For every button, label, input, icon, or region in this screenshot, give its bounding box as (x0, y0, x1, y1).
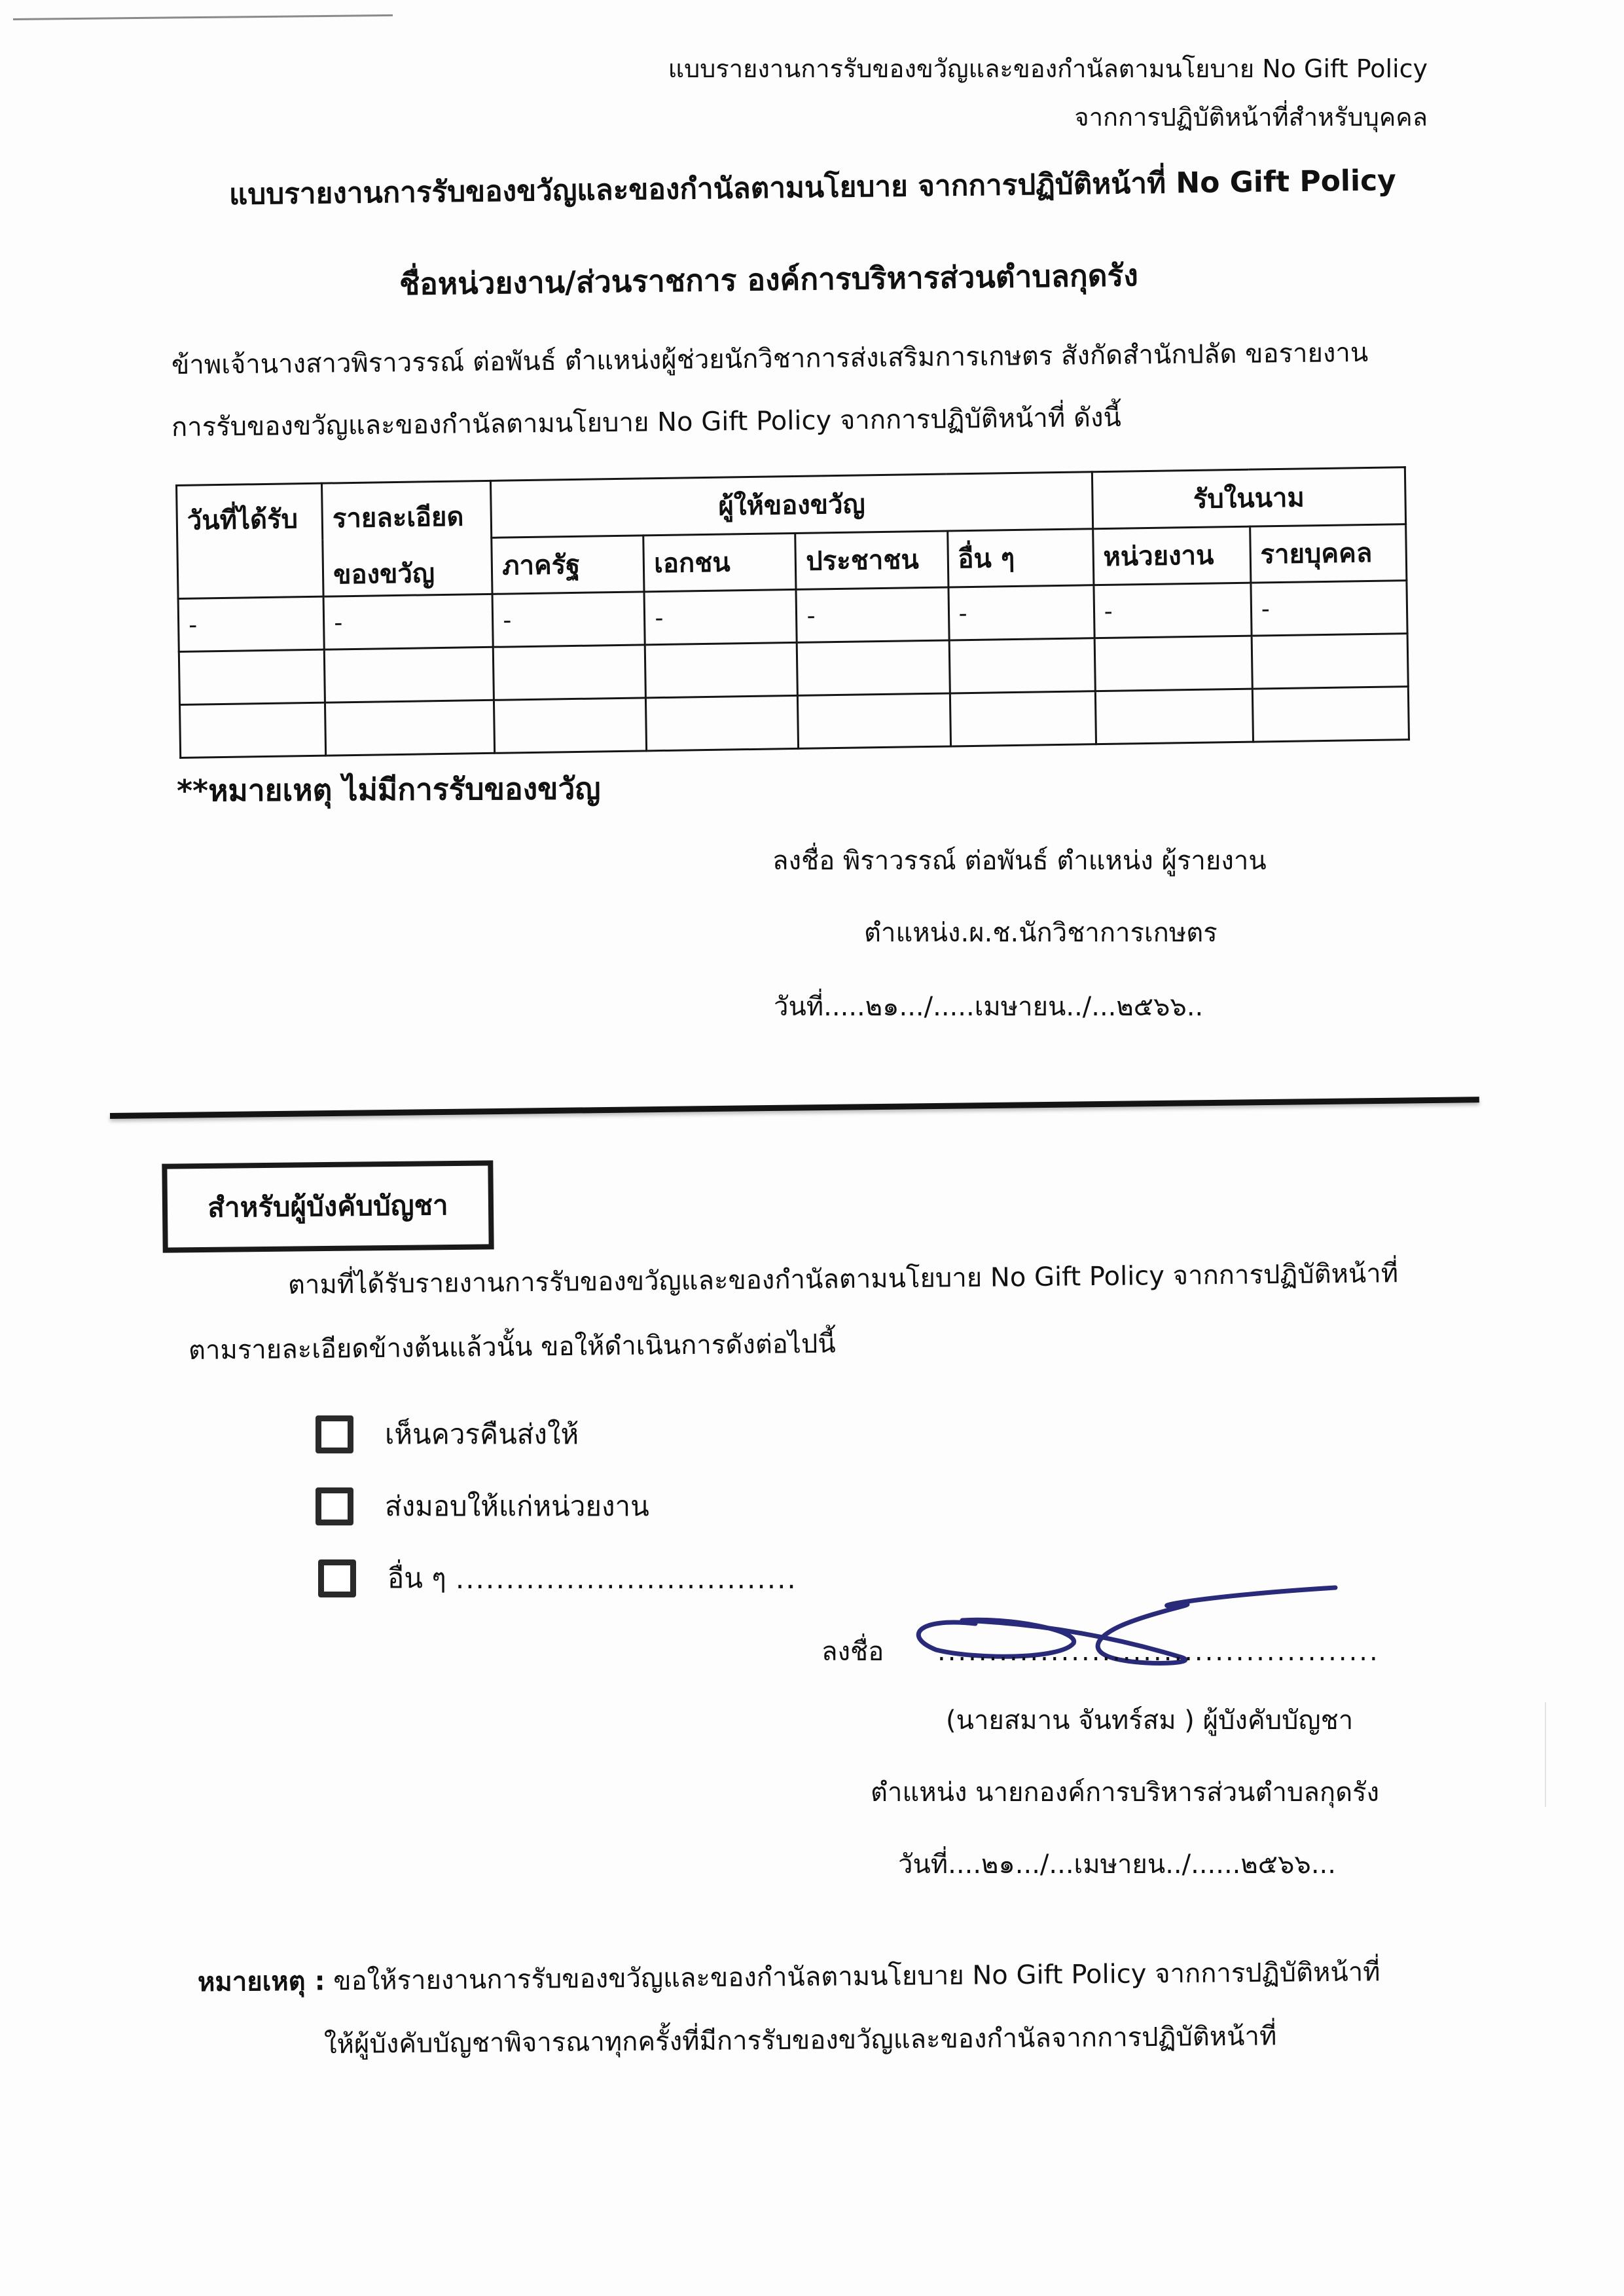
supervisor-sign-dotted-line: ........................................… (937, 1637, 1380, 1667)
table-cell (324, 647, 494, 702)
table-cell: - (323, 594, 493, 649)
table-cell: - (796, 587, 948, 642)
scan-edge-line (13, 14, 393, 20)
table-cell (798, 693, 950, 748)
scan-artifact (1545, 1702, 1546, 1807)
table-cell (1252, 634, 1408, 689)
option-other[interactable]: อื่น ๆ .................................… (316, 1557, 797, 1600)
footnote-line-1: หมายเหตุ : ขอให้รายงานการรับของขวัญและขอ… (198, 1950, 1380, 2003)
document-page: แบบรายงานการรับของขวัญและของกำนัลตามนโยบ… (0, 0, 1624, 2296)
header-received-agency: หน่วยงาน (1092, 526, 1250, 585)
supervisor-date: วันที่....๒๑.../...เมษายน../......๒๕๖๖..… (898, 1843, 1336, 1885)
header-form-title-line2: จากการปฏิบัติหน้าที่สำหรับบุคคล (1074, 105, 1428, 130)
table-cell: - (1094, 583, 1252, 638)
agency-name: ชื่อหน่วยงาน/ส่วนราชการ องค์การบริหารส่ว… (399, 251, 1139, 308)
gift-report-table: วันที่ได้รับ รายละเอียด ของขวัญ ผู้ให้ขอ… (175, 466, 1410, 759)
supervisor-sign-label: ลงชื่อ (821, 1630, 884, 1672)
checkbox-hand-over-agency[interactable] (316, 1487, 353, 1525)
table-cell (325, 700, 495, 756)
header-gift-detail-line2: ของขวัญ (333, 551, 482, 595)
header-form-title-line1: แบบรายงานการรับของขวัญและของกำนัลตามนโยบ… (668, 56, 1428, 81)
table-cell (949, 638, 1095, 693)
table-cell (1095, 689, 1253, 744)
no-gift-note: **หมายเหตุ ไม่มีการรับของขวัญ (177, 765, 601, 814)
reporter-sign-line: ลงชื่อ พิราวรรณ์ ต่อพันธ์ ตำแหน่ง ผู้ราย… (772, 839, 1267, 881)
table-cell (646, 695, 799, 750)
header-gift-detail: รายละเอียด ของขวัญ (322, 481, 493, 596)
table-cell (645, 642, 798, 697)
footnote-text-1: ขอให้รายงานการรับของขวัญและของกำนัลตามนโ… (325, 1957, 1380, 1996)
table-cell: - (1251, 581, 1407, 636)
supervisor-para-line-2: ตามรายละเอียดข้างต้นแล้วนั้น ขอให้ดำเนิน… (189, 1322, 836, 1371)
table-cell (797, 640, 950, 695)
header-date-received: วันที่ได้รับ (177, 483, 324, 598)
header-giver-government: ภาครัฐ (492, 535, 644, 594)
header-giver-private: เอกชน (643, 533, 796, 592)
header-gift-detail-line1: รายละเอียด (332, 495, 481, 539)
table-cell (950, 691, 1096, 746)
table-cell (494, 698, 647, 753)
supervisor-para-line-1: ตามที่ได้รับรายงานการรับของขวัญและของกำน… (288, 1252, 1399, 1305)
option-return-gift-label: เห็นควรคืนส่งให้ (385, 1413, 579, 1456)
section-divider (110, 1097, 1479, 1119)
reporter-date: วันที่.....๒๑.../.....เมษายน../...๒๕๖๖.. (774, 985, 1203, 1027)
table-cell: - (178, 596, 324, 651)
intro-line-2: การรับของขวัญและของกำนัลตามนโยบาย No Gif… (171, 396, 1121, 448)
reporter-position: ตำแหน่ง.ผ.ช.นักวิชาการเกษตร (864, 911, 1218, 953)
checkbox-return-gift[interactable] (316, 1415, 353, 1453)
table-cell (1094, 636, 1252, 691)
supervisor-section-title: สำหรับผู้บังคับบัญชา (162, 1160, 494, 1252)
table-cell: - (948, 585, 1094, 640)
supervisor-name: (นายสมาน จันทร์สม ) ผู้บังคับบัญชา (946, 1699, 1353, 1741)
footnote-label: หมายเหตุ : (198, 1966, 325, 1997)
page-title: แบบรายงานการรับของขวัญและของกำนัลตามนโยบ… (229, 157, 1397, 217)
checkbox-other[interactable] (318, 1559, 356, 1597)
header-gift-giver: ผู้ให้ของขวัญ (491, 472, 1093, 538)
option-other-label: อื่น ๆ (388, 1557, 446, 1600)
header-giver-other: อื่น ๆ (947, 528, 1093, 587)
table-cell (179, 702, 325, 757)
option-hand-over-agency[interactable]: ส่งมอบให้แก่หน่วยงาน (316, 1485, 649, 1528)
table-cell: - (492, 592, 645, 647)
header-giver-public: ประชาชน (795, 531, 948, 590)
table-cell (179, 649, 325, 704)
header-received-person: รายบุคคล (1250, 524, 1406, 583)
table-cell (493, 645, 645, 700)
table-cell (1252, 687, 1409, 742)
supervisor-position: ตำแหน่ง นายกองค์การบริหารส่วนตำบลกุดรัง (871, 1771, 1379, 1813)
footnote-line-2: ให้ผู้บังคับบัญชาพิจารณาทุกครั้งที่มีการ… (324, 2014, 1277, 2065)
option-hand-over-agency-label: ส่งมอบให้แก่หน่วยงาน (385, 1485, 649, 1528)
option-return-gift[interactable]: เห็นควรคืนส่งให้ (316, 1413, 579, 1456)
intro-line-1: ข้าพเจ้านางสาวพิราวรรณ์ ต่อพันธ์ ตำแหน่ง… (171, 331, 1369, 386)
header-received-as: รับในนาม (1092, 467, 1406, 529)
table-cell: - (644, 589, 797, 644)
option-other-fill-line[interactable]: .................................. (456, 1563, 797, 1595)
